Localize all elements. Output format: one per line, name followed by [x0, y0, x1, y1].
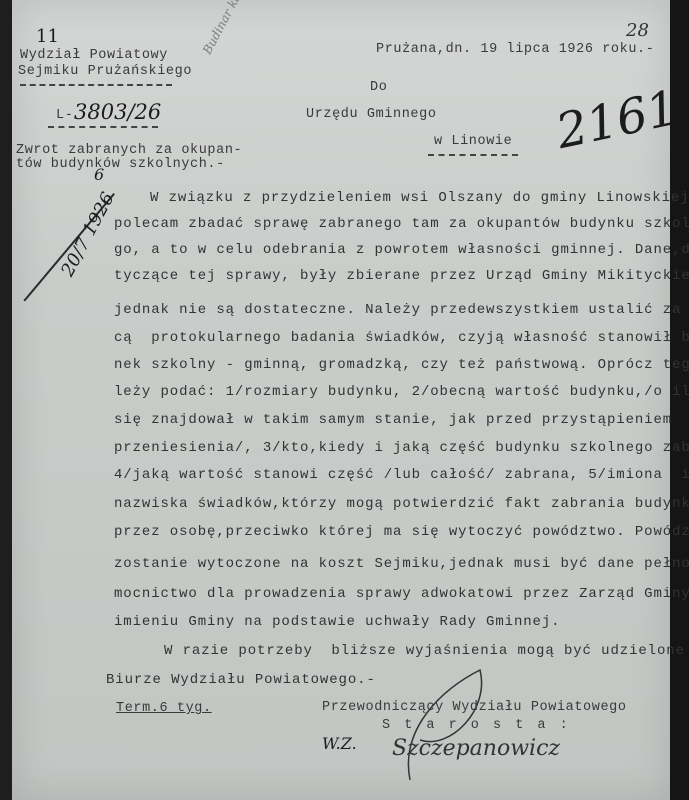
body-line: 4/jaką wartość stanowi część /lub całość…	[114, 467, 689, 483]
initials: W.Z.	[322, 734, 357, 753]
marginal-mark: 11	[36, 26, 59, 47]
recipient-to: Do	[370, 80, 387, 95]
body-line: zostanie wytoczone na koszt Sejmiku,jedn…	[114, 556, 689, 572]
body-line: mocnictwo dla prowadzenia sprawy adwokat…	[114, 586, 689, 602]
body-line: jednak nie są dostateczne. Należy przede…	[114, 302, 689, 318]
recipient-underline	[428, 154, 518, 156]
reference-prefix: L-	[56, 108, 73, 123]
recipient-location: w Linowie	[434, 134, 512, 149]
body-line: nazwiska świadków,którzy mogą potwierdzi…	[114, 496, 689, 512]
office-name-line2: Sejmiku Prużańskiego	[18, 64, 192, 79]
closing-line: Biurze Wydziału Powiatowego.-	[106, 672, 376, 688]
body-line: cą protokularnego badania świadków, czyj…	[114, 330, 689, 346]
subject-line1: Zwrot zabranych za okupan-	[16, 143, 242, 158]
reference-number: 3803/26	[74, 100, 161, 124]
office-name-line1: Wydział Powiatowy	[20, 48, 168, 63]
body-line: przeniesienia/, 3/kto,kiedy i jaką część…	[114, 440, 689, 456]
body-line: przez osobę,przeciwko której ma się wyto…	[114, 524, 689, 540]
body-line: imieniu Gminy na podstawie uchwały Rady …	[114, 614, 560, 630]
recipient-office: Urzędu Gminnego	[306, 107, 437, 122]
signature-loop	[380, 650, 500, 790]
reference-underline	[48, 126, 158, 128]
place-and-date: Prużana,dn. 19 lipca 1926 roku.-	[376, 42, 654, 57]
body-line: W związku z przydzieleniem wsi Olszany d…	[150, 190, 689, 206]
body-line: nek szkolny - gminną, gromadzką, czy też…	[114, 357, 689, 373]
subject-line2: tów budynków szkolnych.-	[16, 157, 225, 172]
marginal-number: 6	[94, 165, 104, 184]
body-line: go, a to w celu odebrania z powrotem wła…	[114, 242, 689, 258]
term-note: Term.6 tyg.	[116, 701, 212, 716]
page-number: 28	[626, 20, 649, 41]
scan-border-left	[0, 0, 12, 800]
body-line: leży podać: 1/rozmiary budynku, 2/obecną…	[114, 384, 689, 400]
body-line: się znajdował w takim samym stanie, jak …	[114, 412, 689, 428]
body-line: polecam zbadać sprawę zabranego tam za o…	[114, 216, 689, 232]
header-divider	[20, 84, 172, 86]
body-line: tyczące tej sprawy, były zbierane przez …	[114, 268, 689, 284]
